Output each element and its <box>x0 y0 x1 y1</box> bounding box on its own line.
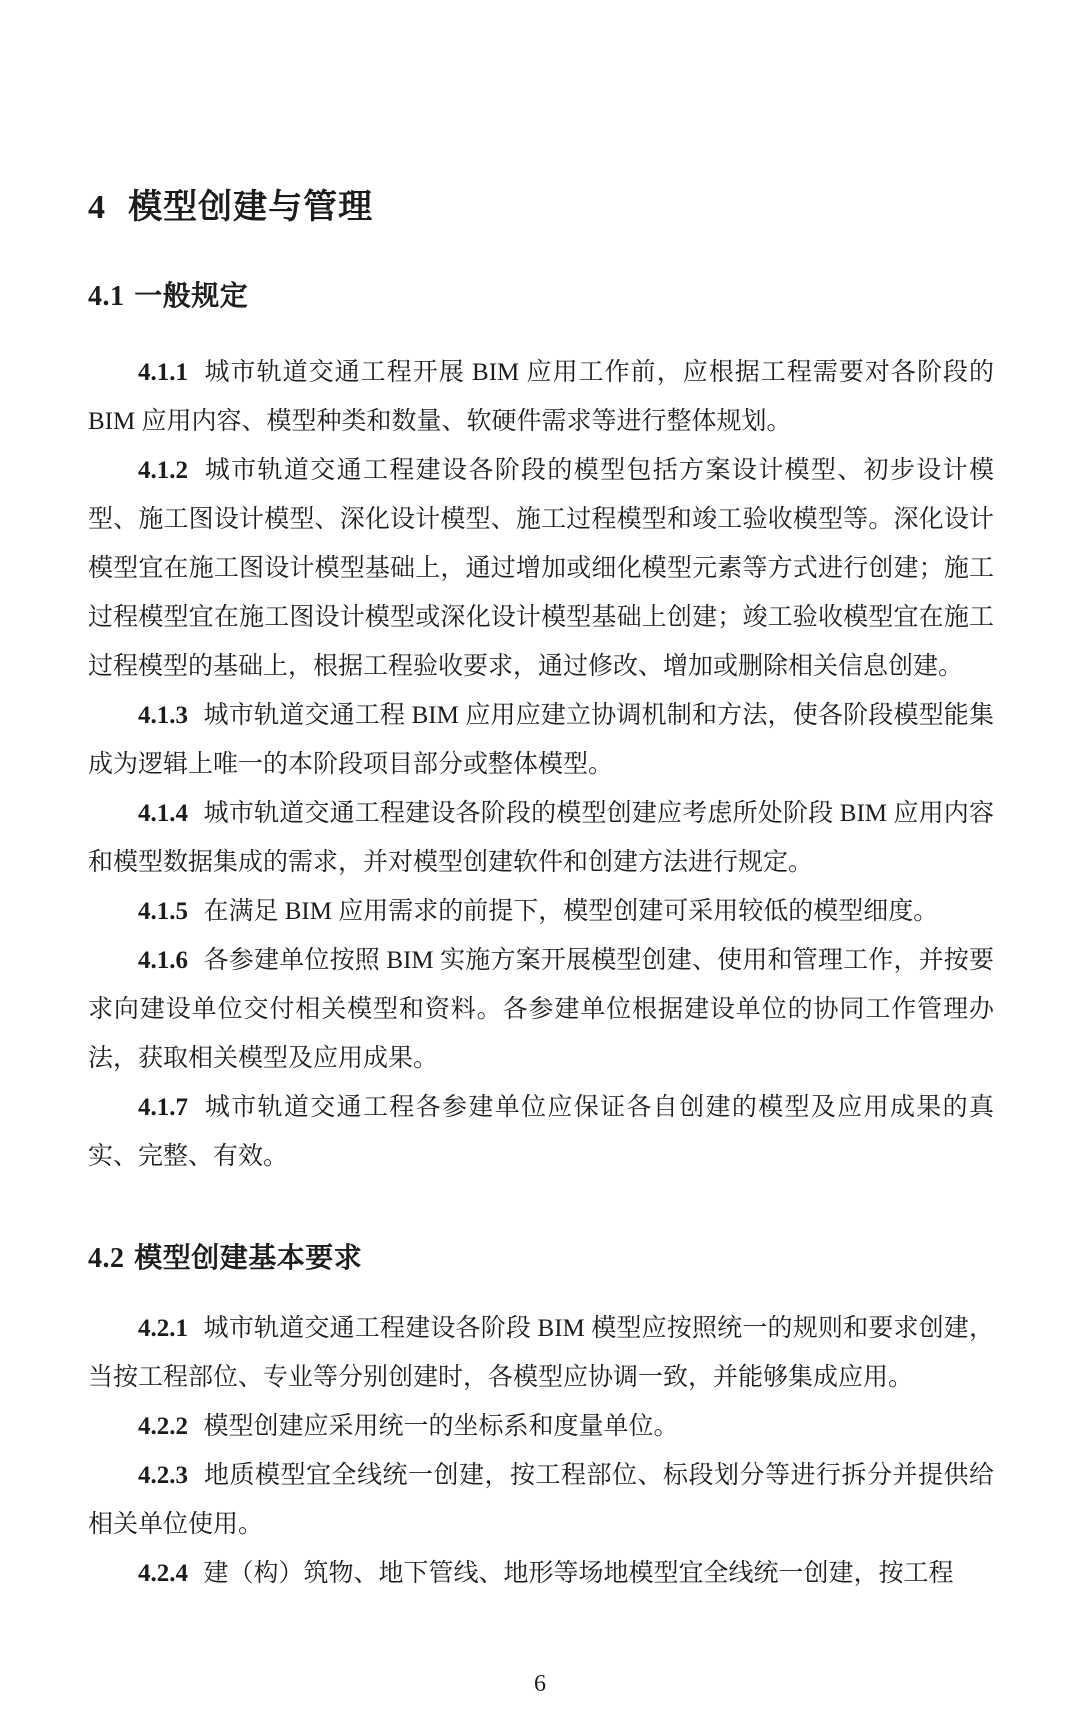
clause-text: 城市轨道交通工程开展 BIM 应用工作前，应根据工程需要对各阶段的 BIM 应用… <box>88 359 994 435</box>
clause-4-1-3: 4.1.3城市轨道交通工程 BIM 应用应建立协调机制和方法，使各阶段模型能集成… <box>88 691 994 789</box>
clause-number: 4.1.1 <box>138 359 188 386</box>
section-title: 模型创建基本要求 <box>134 1243 362 1274</box>
clause-4-2-2: 4.2.2模型创建应采用统一的坐标系和度量单位。 <box>88 1402 994 1451</box>
clause-4-2-1: 4.2.1城市轨道交通工程建设各阶段 BIM 模型应按照统一的规则和要求创建，当… <box>88 1304 994 1402</box>
chapter-title: 模型创建与管理 <box>128 189 373 226</box>
clause-text: 在满足 BIM 应用需求的前提下，模型创建可采用较低的模型细度。 <box>204 898 939 925</box>
page-number: 6 <box>534 1671 546 1697</box>
clause-4-2-4: 4.2.4建（构）筑物、地下管线、地形等场地模型宜全线统一创建，按工程 <box>88 1549 994 1598</box>
clause-text: 城市轨道交通工程建设各阶段的模型创建应考虑所处阶段 BIM 应用内容和模型数据集… <box>88 800 994 876</box>
page-footer: 6 <box>0 1669 1080 1699</box>
section-title: 一般规定 <box>134 281 248 312</box>
clause-number: 4.1.5 <box>138 898 188 925</box>
clause-4-1-2: 4.1.2城市轨道交通工程建设各阶段的模型包括方案设计模型、初步设计模型、施工图… <box>88 446 994 691</box>
clause-text: 城市轨道交通工程各参建单位应保证各自创建的模型及应用成果的真实、完整、有效。 <box>88 1094 994 1170</box>
section-heading-4-1: 4.1一般规定 <box>88 277 994 317</box>
clause-text: 各参建单位按照 BIM 实施方案开展模型创建、使用和管理工作，并按要求向建设单位… <box>88 947 994 1072</box>
clause-4-1-4: 4.1.4城市轨道交通工程建设各阶段的模型创建应考虑所处阶段 BIM 应用内容和… <box>88 789 994 887</box>
clause-text: 模型创建应采用统一的坐标系和度量单位。 <box>204 1413 679 1440</box>
clause-text: 城市轨道交通工程建设各阶段 BIM 模型应按照统一的规则和要求创建，当按工程部位… <box>88 1315 994 1391</box>
clause-text: 地质模型宜全线统一创建，按工程部位、标段划分等进行拆分并提供给相关单位使用。 <box>88 1462 994 1538</box>
section-number: 4.2 <box>88 1243 125 1274</box>
clause-text: 城市轨道交通工程建设各阶段的模型包括方案设计模型、初步设计模型、施工图设计模型、… <box>88 457 994 680</box>
clause-number: 4.2.3 <box>138 1462 188 1489</box>
chapter-heading: 4模型创建与管理 <box>88 186 994 230</box>
clause-number: 4.1.4 <box>138 800 188 827</box>
clause-4-2-3: 4.2.3地质模型宜全线统一创建，按工程部位、标段划分等进行拆分并提供给相关单位… <box>88 1451 994 1549</box>
section-heading-4-2: 4.2模型创建基本要求 <box>88 1239 994 1279</box>
clause-text: 建（构）筑物、地下管线、地形等场地模型宜全线统一创建，按工程 <box>204 1560 954 1587</box>
clause-4-1-7: 4.1.7城市轨道交通工程各参建单位应保证各自创建的模型及应用成果的真实、完整、… <box>88 1083 994 1181</box>
clause-number: 4.1.3 <box>138 702 188 729</box>
clause-number: 4.1.2 <box>138 457 188 484</box>
clause-4-1-5: 4.1.5在满足 BIM 应用需求的前提下，模型创建可采用较低的模型细度。 <box>88 887 994 936</box>
section-number: 4.1 <box>88 281 125 312</box>
clause-text: 城市轨道交通工程 BIM 应用应建立协调机制和方法，使各阶段模型能集成为逻辑上唯… <box>88 702 994 778</box>
clause-4-1-1: 4.1.1城市轨道交通工程开展 BIM 应用工作前，应根据工程需要对各阶段的 B… <box>88 348 994 446</box>
clause-number: 4.2.1 <box>138 1315 188 1342</box>
clause-number: 4.2.2 <box>138 1413 188 1440</box>
clause-number: 4.1.7 <box>138 1094 188 1121</box>
clause-number: 4.1.6 <box>138 947 188 974</box>
clause-4-1-6: 4.1.6各参建单位按照 BIM 实施方案开展模型创建、使用和管理工作，并按要求… <box>88 936 994 1083</box>
clause-number: 4.2.4 <box>138 1560 188 1587</box>
document-page: 4模型创建与管理 4.1一般规定 4.1.1城市轨道交通工程开展 BIM 应用工… <box>0 0 1080 1727</box>
chapter-number: 4 <box>88 189 106 226</box>
